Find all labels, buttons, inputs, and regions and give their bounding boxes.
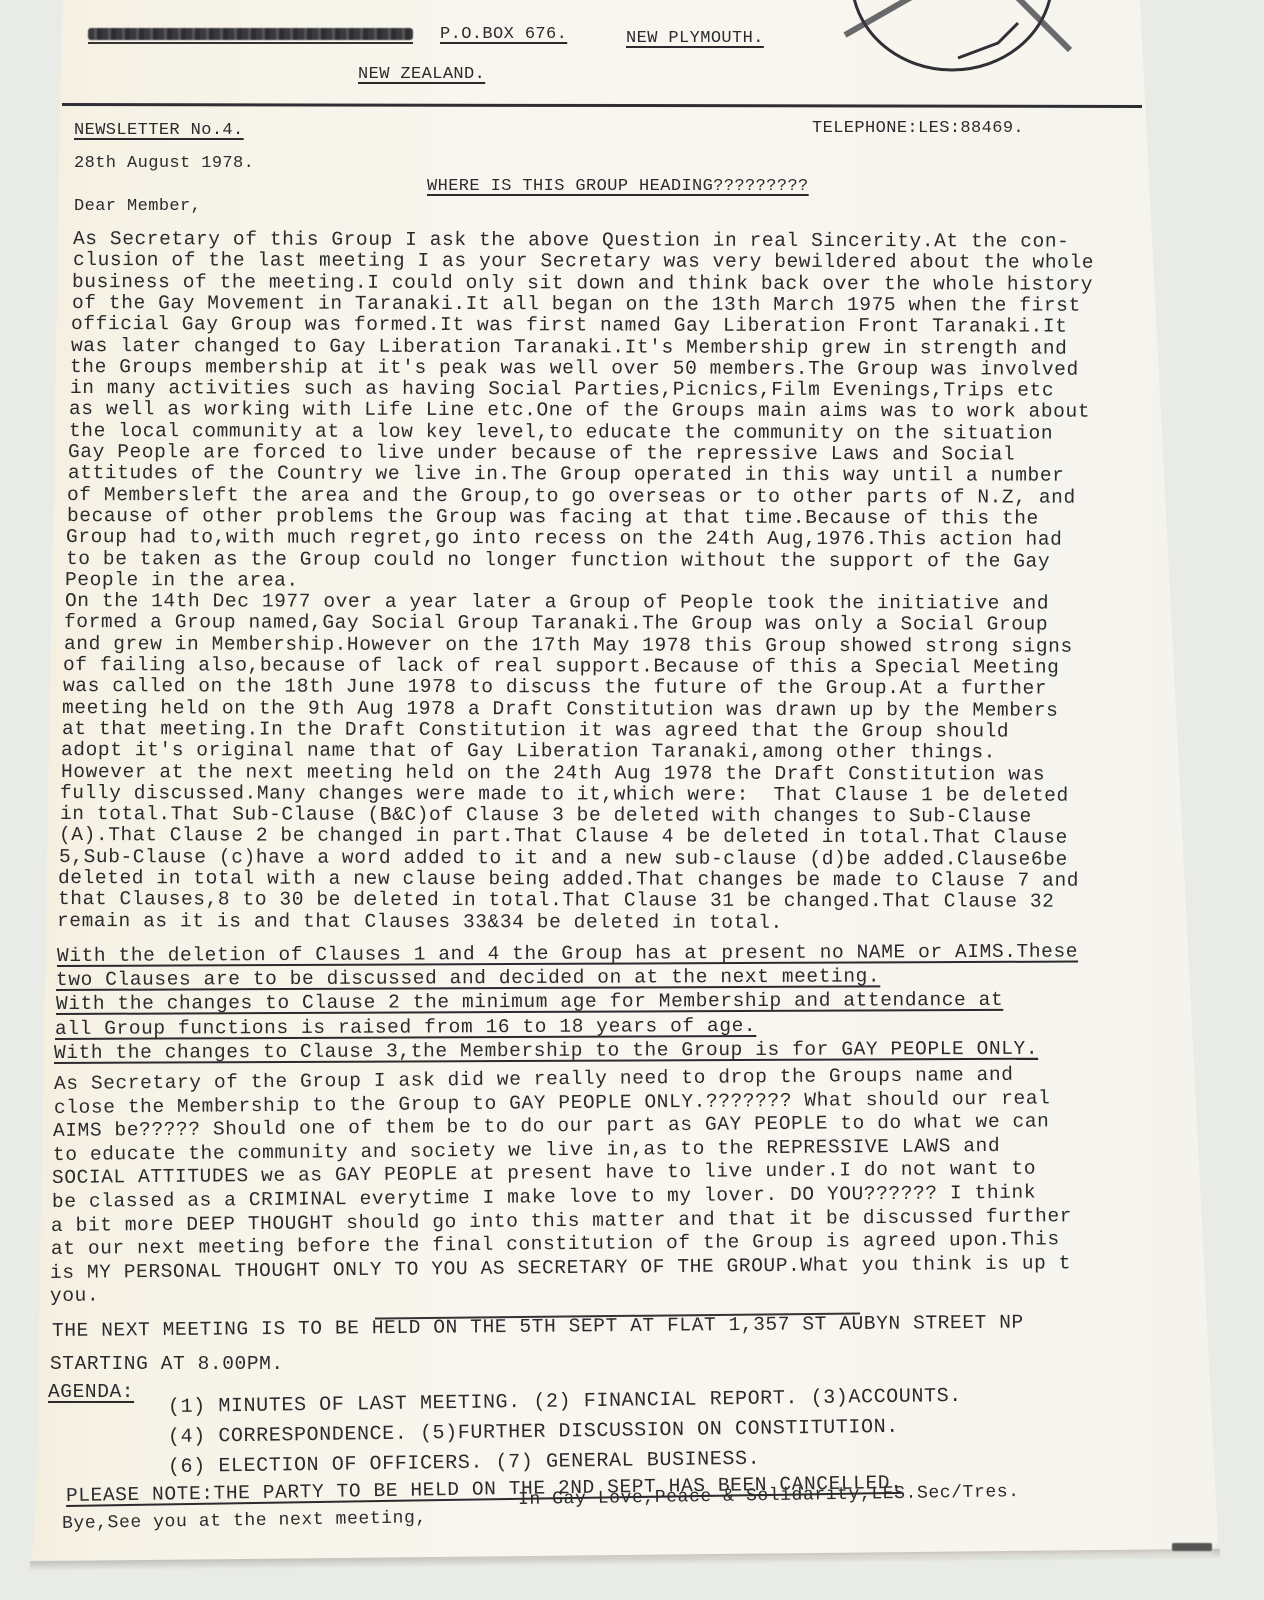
text-line: With the changes to Clause 3,the Members…	[54, 1040, 1038, 1064]
text-line: was called on the 18th June 1978 to disc…	[62, 677, 1046, 699]
headline: WHERE IS THIS GROUP HEADING?????????	[427, 178, 809, 195]
text-line: to be taken as the Group could no longer…	[65, 550, 1049, 572]
archive-tag	[1172, 1543, 1212, 1551]
text-line: you.	[50, 1287, 99, 1307]
meeting-time: STARTING AT 8.00PM.	[50, 1355, 284, 1375]
text-line: With the changes to Clause 2 the minimum…	[55, 991, 1002, 1015]
org-name-underline	[88, 42, 413, 44]
stamp-icon	[840, 0, 1075, 75]
agenda-label: AGENDA:	[48, 1383, 134, 1403]
date: 28th August 1978.	[74, 155, 254, 172]
text-line: With the deletion of Clauses 1 and 4 the…	[57, 943, 1078, 967]
text-line: attitudes of the Country we live in.The …	[67, 464, 1064, 486]
text-line: (A).That Clause 2 be changed in part.Tha…	[59, 826, 1068, 848]
text-line: that Clauses,8 to 30 be deleted in total…	[57, 890, 1054, 912]
text-line: clusion of the last meeting I as your Se…	[72, 251, 1093, 273]
text-line: as well as working with Life Line etc.On…	[69, 400, 1090, 422]
salutation: Dear Member,	[74, 198, 201, 215]
text-line: all Group functions is raised from 16 to…	[55, 1017, 756, 1040]
newsletter-number: NEWSLETTER No.4.	[74, 122, 244, 139]
text-line: However at the next meeting held on the …	[60, 763, 1044, 785]
country: NEW ZEALAND.	[358, 66, 485, 83]
text-line: People in the area.	[65, 571, 299, 591]
text-line: formed a Group named,Gay Social Group Ta…	[64, 613, 1048, 635]
text-line: meeting held on the 9th Aug 1978 a Draft…	[62, 699, 1059, 721]
city: NEW PLYMOUTH.	[626, 30, 764, 47]
po-box: P.O.BOX 676.	[440, 26, 567, 43]
telephone: TELEPHONE:LES:88469.	[812, 120, 1024, 137]
text-line: adopt it's original name that of Gay Lib…	[61, 741, 996, 763]
text-line: was later changed to Gay Liberation Tara…	[70, 337, 1067, 359]
text-line: two Clauses are to be discussed and deci…	[56, 968, 880, 991]
struck-out-org-name	[88, 28, 413, 40]
text-line: remain as it is and that Clauses 33&34 b…	[57, 912, 783, 933]
text-line: Group had to,with much regret,go into re…	[66, 528, 1063, 550]
text-line: official Gay Group was formed.It was fir…	[71, 315, 1068, 337]
